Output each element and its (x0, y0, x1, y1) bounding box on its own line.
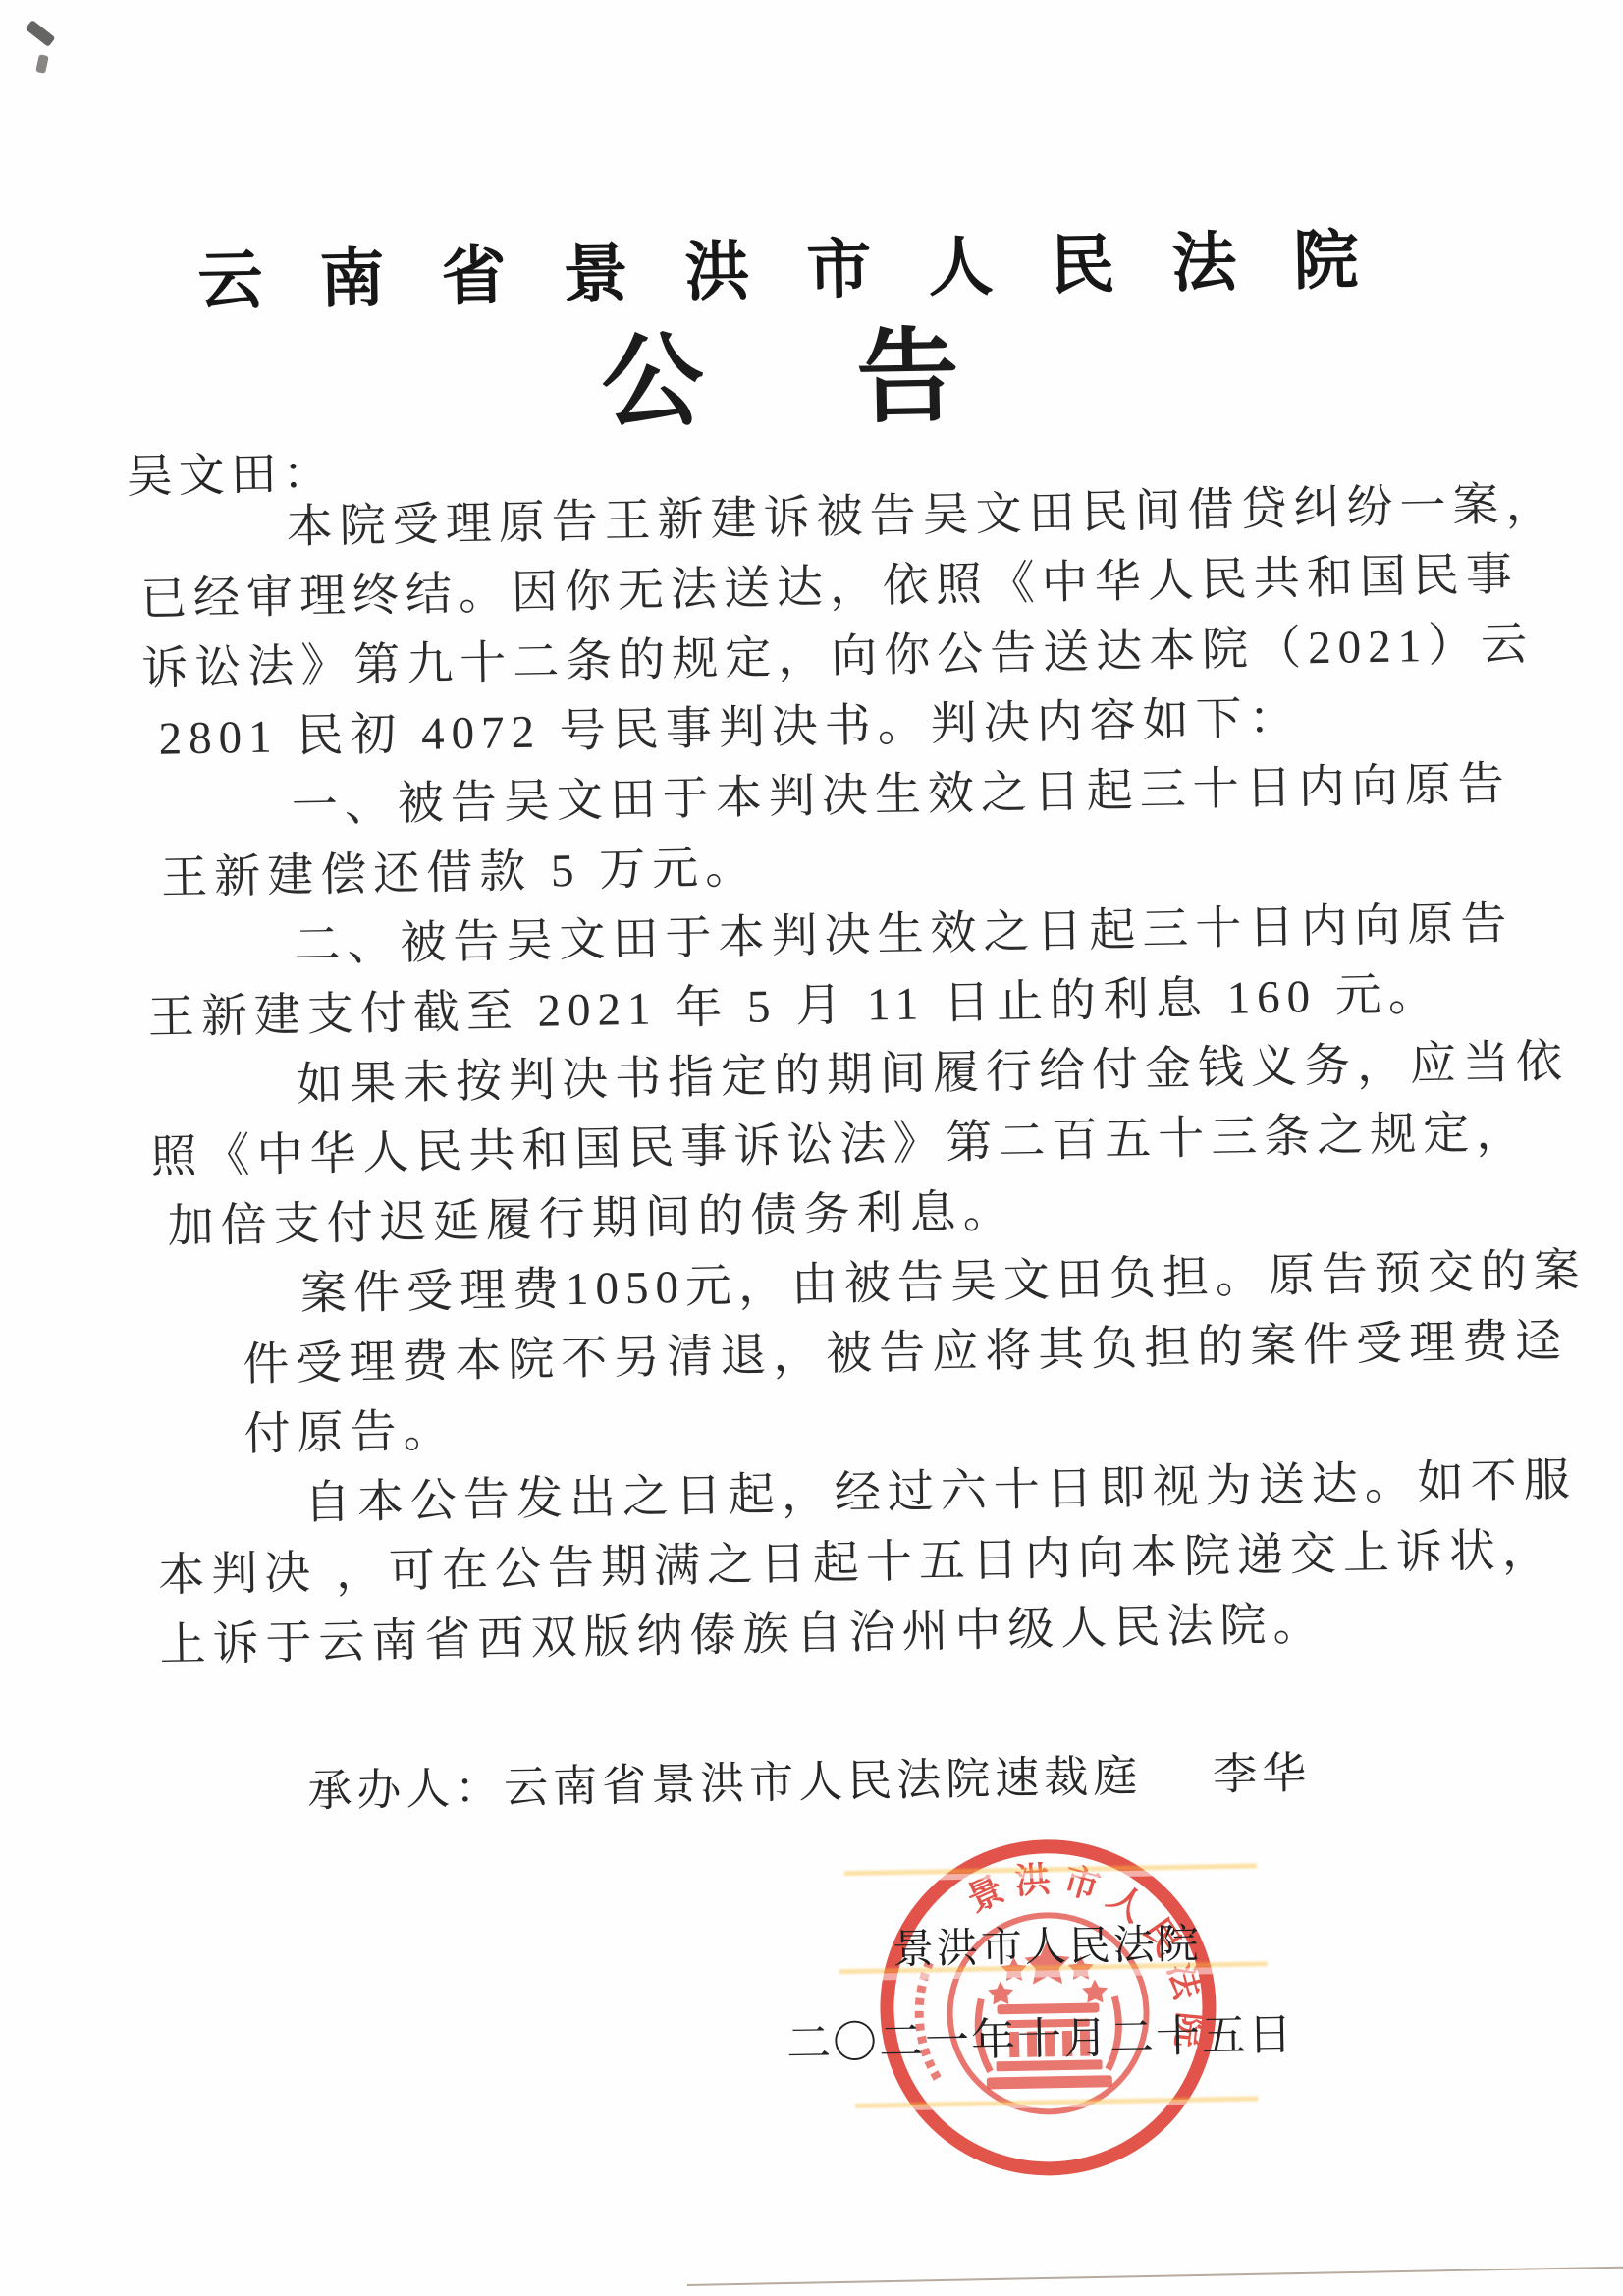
handler-name-gap (1142, 1789, 1213, 1790)
notice-heading: 公 告 (134, 285, 1428, 456)
notice-date: 二〇二一年十月二十五日 (785, 1998, 1294, 2071)
handler-name: 李华 (1213, 1748, 1312, 1799)
notice-body: 本院受理原告王新建诉被告吴文田民间借贷纠纷一案， 已经审理终结。因你无法送达，依… (136, 472, 1452, 1822)
handler-line: 承办人：云南省景洪市人民法院速裁庭李华 (160, 1734, 1452, 1822)
handler-court: 云南省景洪市人民法院速裁庭 (504, 1752, 1143, 1813)
stamp-court-name: 景洪市人民法院 (870, 1911, 1224, 1977)
scan-content: 云南省景洪市人民法院 公 告 吴文田： 本院受理原告王新建诉被告吴文田民间借贷纠… (0, 0, 1623, 2296)
handler-label: 承办人： (307, 1763, 505, 1816)
scanned-court-notice-page: 云南省景洪市人民法院 公 告 吴文田： 本院受理原告王新建诉被告吴文田民间借贷纠… (0, 0, 1623, 2296)
